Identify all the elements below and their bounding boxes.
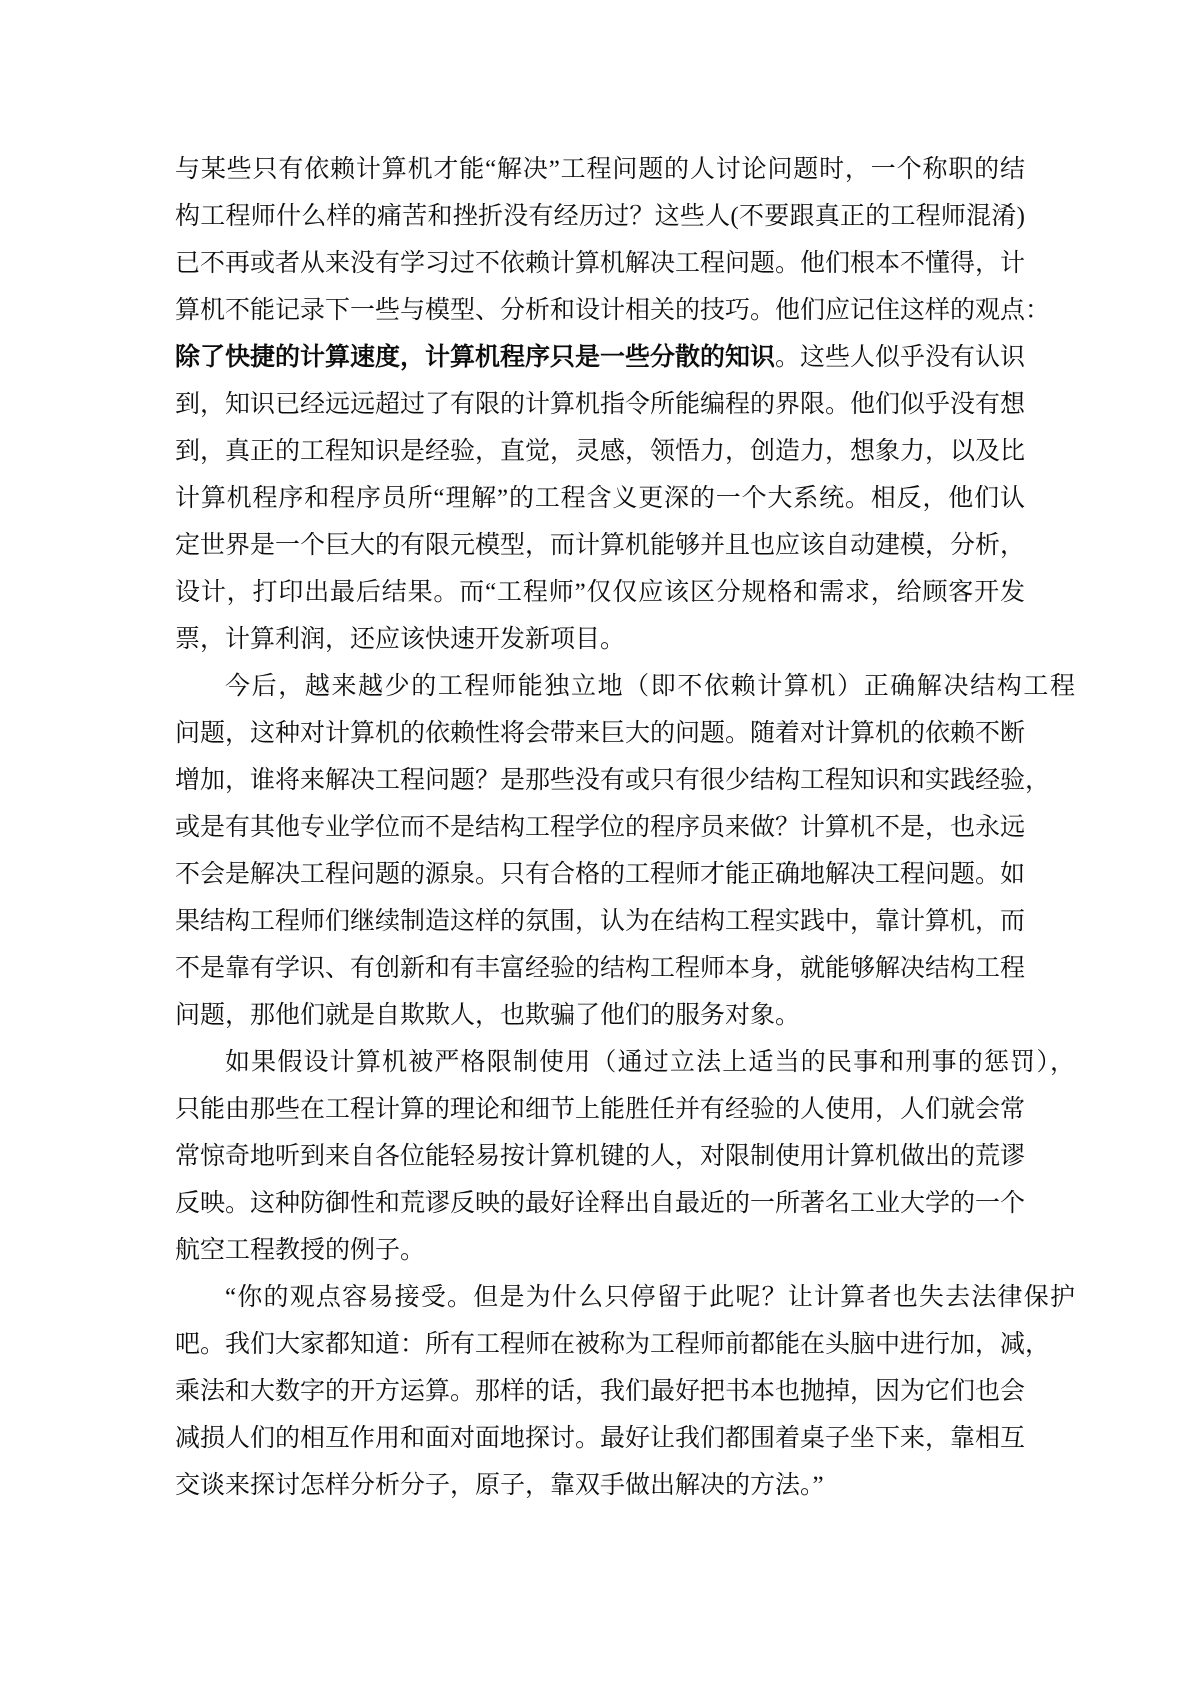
text-line: 已不再或者从来没有学习过不依赖计算机解决工程问题。他们根本不懂得，计	[175, 240, 1025, 287]
text-line: 交谈来探讨怎样分析分子，原子，靠双手做出解决的方法。”	[175, 1462, 1025, 1509]
text-segment: 算机不能记录下一些与模型、分析和设计相关的技巧。他们应记住这样的观点：	[175, 297, 1050, 324]
text-segment: 增加，谁将来解决工程问题？是那些没有或只有很少结构工程知识和实践经验，	[175, 767, 1050, 794]
text-line: 不是靠有学识、有创新和有丰富经验的结构工程师本身，就能够解决结构工程	[175, 945, 1025, 992]
text-line: 设计，打印出最后结果。而“工程师”仅仅应该区分规格和需求，给顾客开发	[175, 569, 1025, 616]
text-segment: 已不再或者从来没有学习过不依赖计算机解决工程问题。他们根本不懂得，计	[175, 250, 1025, 277]
text-segment: 。这些人似乎没有认识	[775, 344, 1025, 371]
text-segment: 只能由那些在工程计算的理论和细节上能胜任并有经验的人使用，人们就会常	[175, 1096, 1025, 1123]
text-line: 除了快捷的计算速度，计算机程序只是一些分散的知识。这些人似乎没有认识	[175, 334, 1025, 381]
text-line: 与某些只有依赖计算机才能“解决”工程问题的人讨论问题时，一个称职的结	[175, 146, 1025, 193]
text-segment: 不会是解决工程问题的源泉。只有合格的工程师才能正确地解决工程问题。如	[175, 861, 1025, 888]
paragraph: 今后，越来越少的工程师能独立地（即不依赖计算机）正确解决结构工程问题，这种对计算…	[175, 663, 1025, 1039]
text-line: 吧。我们大家都知道：所有工程师在被称为工程师前都能在头脑中进行加，减，	[175, 1321, 1025, 1368]
text-segment: 与某些只有依赖计算机才能“解决”工程问题的人讨论问题时，一个称职的结	[175, 156, 1025, 183]
text-segment: 乘法和大数字的开方运算。那样的话，我们最好把书本也抛掉，因为它们也会	[175, 1378, 1025, 1405]
text-segment: 问题，这种对计算机的依赖性将会带来巨大的问题。随着对计算机的依赖不断	[175, 720, 1025, 747]
text-line: 常惊奇地听到来自各位能轻易按计算机键的人，对限制使用计算机做出的荒谬	[175, 1133, 1025, 1180]
text-line: “你的观点容易接受。但是为什么只停留于此呢？让计算者也失去法律保护	[175, 1274, 1075, 1321]
text-line: 只能由那些在工程计算的理论和细节上能胜任并有经验的人使用，人们就会常	[175, 1086, 1025, 1133]
text-line: 如果假设计算机被严格限制使用（通过立法上适当的民事和刑事的惩罚），	[175, 1039, 1075, 1086]
text-line: 航空工程教授的例子。	[175, 1227, 1025, 1274]
text-segment: 果结构工程师们继续制造这样的氛围，认为在结构工程实践中，靠计算机，而	[175, 908, 1025, 935]
text-line: 问题，那他们就是自欺欺人，也欺骗了他们的服务对象。	[175, 992, 1025, 1039]
text-segment: 或是有其他专业学位而不是结构工程学位的程序员来做？计算机不是，也永远	[175, 814, 1025, 841]
text-segment: 交谈来探讨怎样分析分子，原子，靠双手做出解决的方法。”	[175, 1472, 824, 1499]
text-line: 计算机程序和程序员所“理解”的工程含义更深的一个大系统。相反，他们认	[175, 475, 1025, 522]
text-segment: 问题，那他们就是自欺欺人，也欺骗了他们的服务对象。	[175, 1002, 800, 1029]
document-body: 与某些只有依赖计算机才能“解决”工程问题的人讨论问题时，一个称职的结构工程师什么…	[175, 146, 1025, 1509]
text-segment: 到，真正的工程知识是经验，直觉，灵感，领悟力，创造力，想象力，以及比	[175, 438, 1025, 465]
text-line: 到，真正的工程知识是经验，直觉，灵感，领悟力，创造力，想象力，以及比	[175, 428, 1025, 475]
text-line: 票，计算利润，还应该快速开发新项目。	[175, 616, 1025, 663]
text-segment: 如果假设计算机被严格限制使用（通过立法上适当的民事和刑事的惩罚），	[225, 1049, 1075, 1076]
text-line: 问题，这种对计算机的依赖性将会带来巨大的问题。随着对计算机的依赖不断	[175, 710, 1025, 757]
text-line: 今后，越来越少的工程师能独立地（即不依赖计算机）正确解决结构工程	[175, 663, 1075, 710]
text-segment: 定世界是一个巨大的有限元模型，而计算机能够并且也应该自动建模，分析，	[175, 532, 1025, 559]
text-segment: 构工程师什么样的痛苦和挫折没有经历过？这些人(不要跟真正的工程师混淆)	[175, 203, 1025, 230]
text-line: 果结构工程师们继续制造这样的氛围，认为在结构工程实践中，靠计算机，而	[175, 898, 1025, 945]
text-line: 定世界是一个巨大的有限元模型，而计算机能够并且也应该自动建模，分析，	[175, 522, 1025, 569]
text-segment: 到，知识已经远远超过了有限的计算机指令所能编程的界限。他们似乎没有想	[175, 391, 1025, 418]
text-segment: 计算机程序和程序员所“理解”的工程含义更深的一个大系统。相反，他们认	[175, 485, 1025, 512]
text-line: 构工程师什么样的痛苦和挫折没有经历过？这些人(不要跟真正的工程师混淆)	[175, 193, 1025, 240]
text-segment: 减损人们的相互作用和面对面地探讨。最好让我们都围着桌子坐下来，靠相互	[175, 1425, 1025, 1452]
text-line: 增加，谁将来解决工程问题？是那些没有或只有很少结构工程知识和实践经验，	[175, 757, 1025, 804]
text-line: 算机不能记录下一些与模型、分析和设计相关的技巧。他们应记住这样的观点：	[175, 287, 1025, 334]
text-line: 乘法和大数字的开方运算。那样的话，我们最好把书本也抛掉，因为它们也会	[175, 1368, 1025, 1415]
paragraph: “你的观点容易接受。但是为什么只停留于此呢？让计算者也失去法律保护吧。我们大家都…	[175, 1274, 1025, 1509]
paragraph: 如果假设计算机被严格限制使用（通过立法上适当的民事和刑事的惩罚），只能由那些在工…	[175, 1039, 1025, 1274]
text-segment: 常惊奇地听到来自各位能轻易按计算机键的人，对限制使用计算机做出的荒谬	[175, 1143, 1025, 1170]
text-segment: 今后，越来越少的工程师能独立地（即不依赖计算机）正确解决结构工程	[225, 673, 1075, 700]
text-segment: 吧。我们大家都知道：所有工程师在被称为工程师前都能在头脑中进行加，减，	[175, 1331, 1050, 1358]
paragraph: 与某些只有依赖计算机才能“解决”工程问题的人讨论问题时，一个称职的结构工程师什么…	[175, 146, 1025, 663]
text-line: 减损人们的相互作用和面对面地探讨。最好让我们都围着桌子坐下来，靠相互	[175, 1415, 1025, 1462]
text-line: 反映。这种防御性和荒谬反映的最好诠释出自最近的一所著名工业大学的一个	[175, 1180, 1025, 1227]
text-line: 或是有其他专业学位而不是结构工程学位的程序员来做？计算机不是，也永远	[175, 804, 1025, 851]
document-page: 与某些只有依赖计算机才能“解决”工程问题的人讨论问题时，一个称职的结构工程师什么…	[0, 0, 1200, 1697]
text-segment: 反映。这种防御性和荒谬反映的最好诠释出自最近的一所著名工业大学的一个	[175, 1190, 1025, 1217]
text-segment: 设计，打印出最后结果。而“工程师”仅仅应该区分规格和需求，给顾客开发	[175, 579, 1025, 606]
text-segment: 不是靠有学识、有创新和有丰富经验的结构工程师本身，就能够解决结构工程	[175, 955, 1025, 982]
text-segment: “你的观点容易接受。但是为什么只停留于此呢？让计算者也失去法律保护	[225, 1284, 1075, 1311]
bold-text-segment: 除了快捷的计算速度，计算机程序只是一些分散的知识	[175, 344, 775, 371]
text-segment: 票，计算利润，还应该快速开发新项目。	[175, 626, 625, 653]
text-line: 到，知识已经远远超过了有限的计算机指令所能编程的界限。他们似乎没有想	[175, 381, 1025, 428]
text-line: 不会是解决工程问题的源泉。只有合格的工程师才能正确地解决工程问题。如	[175, 851, 1025, 898]
text-segment: 航空工程教授的例子。	[175, 1237, 425, 1264]
